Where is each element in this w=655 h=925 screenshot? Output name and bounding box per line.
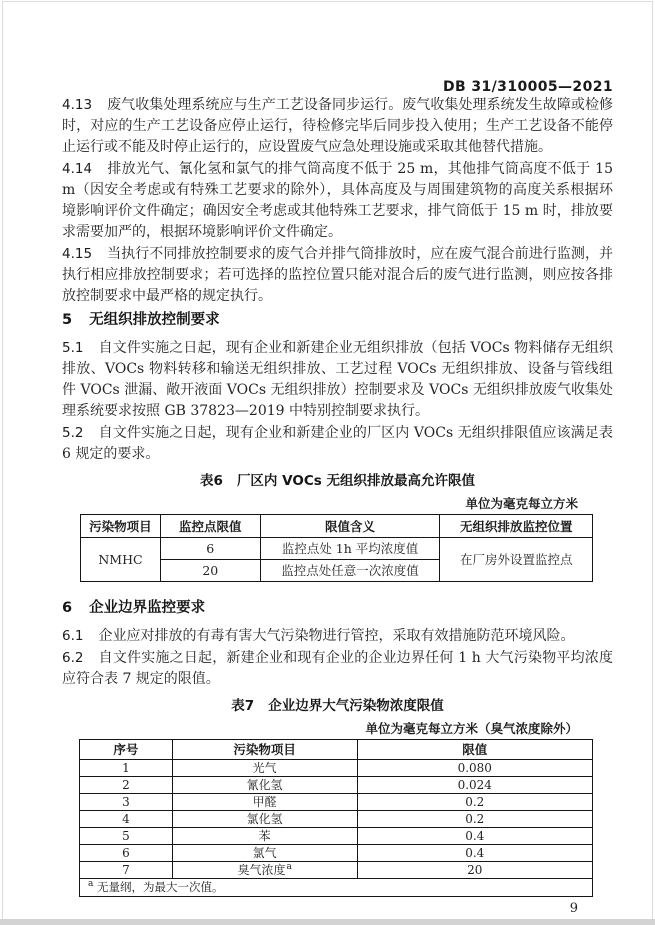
pollutant-name: 臭气浓度	[237, 863, 285, 877]
table7-no-cell: 3	[80, 794, 173, 811]
clause-number: 5.2	[62, 425, 83, 441]
table7-no-cell: 2	[80, 777, 173, 794]
table7-unit-note: 单位为毫克每立方米（臭气浓度除外）	[62, 721, 613, 737]
section-number: 5	[62, 312, 72, 328]
table7-header-cell: 序号	[80, 740, 173, 760]
table7-pollutant-cell: 苯	[172, 828, 357, 845]
table6-header-cell: 无组织排放监控位置	[440, 515, 593, 538]
page-content: DB 31/310005—2021 4.13废气收集处理系统应与生产工艺设备同步…	[62, 0, 613, 916]
table7-no-cell: 5	[80, 828, 173, 845]
table7-pollutant-cell: 甲醛	[172, 794, 357, 811]
section-number: 6	[62, 600, 72, 616]
clause-4-15: 4.15当执行不同排放控制要求的废气合并排气筒排放时，应在废气混合前进行监测，并…	[62, 244, 613, 307]
clause-text: 当执行不同排放控制要求的废气合并排气筒排放时，应在废气混合前进行监测，并执行相应…	[62, 246, 613, 304]
clause-5-2: 5.2自文件实施之日起，现有企业和新建企业的厂区内 VOCs 无组织排限值应该满…	[62, 423, 613, 465]
table7-pollutant-cell: 臭气浓度a	[172, 862, 357, 879]
table7-no-cell: 7	[80, 862, 173, 879]
clause-text: 自文件实施之日起，现有企业和新建企业无组织排放（包括 VOCs 物料储存无组织排…	[62, 340, 613, 419]
table6-header-cell: 污染物项目	[81, 515, 161, 538]
table7-caption: 表7企业边界大气污染物浓度限值	[62, 697, 613, 716]
clause-number: 5.1	[62, 340, 83, 356]
table7-header-row: 序号 污染物项目 限值	[80, 740, 593, 760]
table6-meaning-cell: 监控点处任意一次浓度值	[260, 560, 440, 582]
table6-limit-cell: 20	[160, 560, 260, 582]
table7-pollutant-cell: 光气	[172, 760, 357, 777]
table6-header-cell: 限值含义	[260, 515, 440, 538]
footnote-text: 无量纲，为最大一次值。	[97, 880, 224, 894]
table7-no-cell: 6	[80, 845, 173, 862]
section-title: 无组织排放控制要求	[89, 312, 220, 328]
page-number: 9	[62, 901, 613, 916]
table6-location-cell: 在厂房外设置监控点	[440, 538, 593, 582]
clause-number: 6.1	[62, 628, 83, 644]
table7-row: 6 氯气 0.4	[80, 845, 593, 862]
clause-text: 排放光气、氰化氢和氯气的排气筒高度不低于 25 m，其他排气筒高度不低于 15 …	[62, 161, 613, 240]
table6-caption-label: 表6	[200, 473, 223, 489]
clause-4-13: 4.13废气收集处理系统应与生产工艺设备同步运行。废气收集处理系统发生故障或检修…	[62, 95, 613, 158]
table7-row: 5 苯 0.4	[80, 828, 593, 845]
clause-number: 4.13	[62, 97, 92, 113]
section-5-heading: 5无组织排放控制要求	[62, 310, 613, 330]
clause-text: 自文件实施之日起，新建企业和现有企业的企业边界任何 1 h 大气污染物平均浓度应…	[62, 650, 613, 687]
table6-pollutant-cell: NMHC	[81, 538, 161, 582]
document-page: DB 31/310005—2021 4.13废气收集处理系统应与生产工艺设备同步…	[0, 0, 655, 925]
scan-bottom-edge	[0, 919, 655, 925]
table6: 污染物项目 监控点限值 限值含义 无组织排放监控位置 NMHC 6 监控点处 1…	[80, 514, 593, 582]
table7-limit-cell: 0.2	[357, 794, 592, 811]
table7-row: 2 氰化氢 0.024	[80, 777, 593, 794]
table6-meaning-cell: 监控点处 1h 平均浓度值	[260, 538, 440, 560]
clause-number: 6.2	[62, 650, 83, 666]
table7-row: 3 甲醛 0.2	[80, 794, 593, 811]
clause-number: 4.14	[62, 161, 92, 177]
table7-footnote-row: a 无量纲，为最大一次值。	[80, 879, 593, 897]
table7-pollutant-cell: 氯气	[172, 845, 357, 862]
table7-limit-cell: 0.2	[357, 811, 592, 828]
table7-limit-cell: 20	[357, 862, 592, 879]
section-title: 企业边界监控要求	[89, 600, 205, 616]
section-6-heading: 6企业边界监控要求	[62, 598, 613, 618]
table6-caption: 表6厂区内 VOCs 无组织排放最高允许限值	[62, 472, 613, 491]
clause-4-14: 4.14排放光气、氰化氢和氯气的排气筒高度不低于 25 m，其他排气筒高度不低于…	[62, 159, 613, 243]
table7-caption-label: 表7	[231, 698, 254, 714]
clause-text: 企业应对排放的有毒有害大气污染物进行管控，采取有效措施防范环境风险。	[98, 628, 574, 644]
table7-pollutant-cell: 氰化氢	[172, 777, 357, 794]
clause-text: 废气收集处理系统应与生产工艺设备同步运行。废气收集处理系统发生故障或检修时，对应…	[62, 97, 613, 155]
table6-unit-note: 单位为毫克每立方米	[62, 496, 613, 512]
table7-header-cell: 限值	[357, 740, 592, 760]
clause-5-1: 5.1自文件实施之日起，现有企业和新建企业无组织排放（包括 VOCs 物料储存无…	[62, 338, 613, 422]
clause-6-2: 6.2自文件实施之日起，新建企业和现有企业的企业边界任何 1 h 大气污染物平均…	[62, 648, 613, 690]
table6-caption-title: 厂区内 VOCs 无组织排放最高允许限值	[237, 473, 475, 489]
table7-header-cell: 污染物项目	[172, 740, 357, 760]
doc-code: DB 31/310005—2021	[62, 0, 613, 95]
table7-limit-cell: 0.4	[357, 828, 592, 845]
table7-limit-cell: 0.4	[357, 845, 592, 862]
table7-no-cell: 4	[80, 811, 173, 828]
table7: 序号 污染物项目 限值 1 光气 0.080 2 氰化氢 0.024 3 甲醛 …	[79, 739, 593, 897]
footnote-marker: a	[88, 879, 93, 889]
table6-header-row: 污染物项目 监控点限值 限值含义 无组织排放监控位置	[81, 515, 593, 538]
clause-number: 4.15	[62, 246, 92, 262]
footnote-marker: a	[287, 862, 292, 872]
table7-pollutant-cell: 氯化氢	[172, 811, 357, 828]
table7-limit-cell: 0.024	[357, 777, 592, 794]
clause-text: 自文件实施之日起，现有企业和新建企业的厂区内 VOCs 无组织排限值应该满足表 …	[62, 425, 613, 462]
table7-no-cell: 1	[80, 760, 173, 777]
table7-limit-cell: 0.080	[357, 760, 592, 777]
table7-caption-title: 企业边界大气污染物浓度限值	[268, 698, 444, 714]
table7-row: 7 臭气浓度a 20	[80, 862, 593, 879]
table6-row: NMHC 6 监控点处 1h 平均浓度值 在厂房外设置监控点	[81, 538, 593, 560]
table7-row: 1 光气 0.080	[80, 760, 593, 777]
table7-row: 4 氯化氢 0.2	[80, 811, 593, 828]
clause-6-1: 6.1企业应对排放的有毒有害大气污染物进行管控，采取有效措施防范环境风险。	[62, 626, 613, 647]
table6-header-cell: 监控点限值	[160, 515, 260, 538]
table7-footnote: a 无量纲，为最大一次值。	[80, 879, 593, 897]
table6-limit-cell: 6	[160, 538, 260, 560]
